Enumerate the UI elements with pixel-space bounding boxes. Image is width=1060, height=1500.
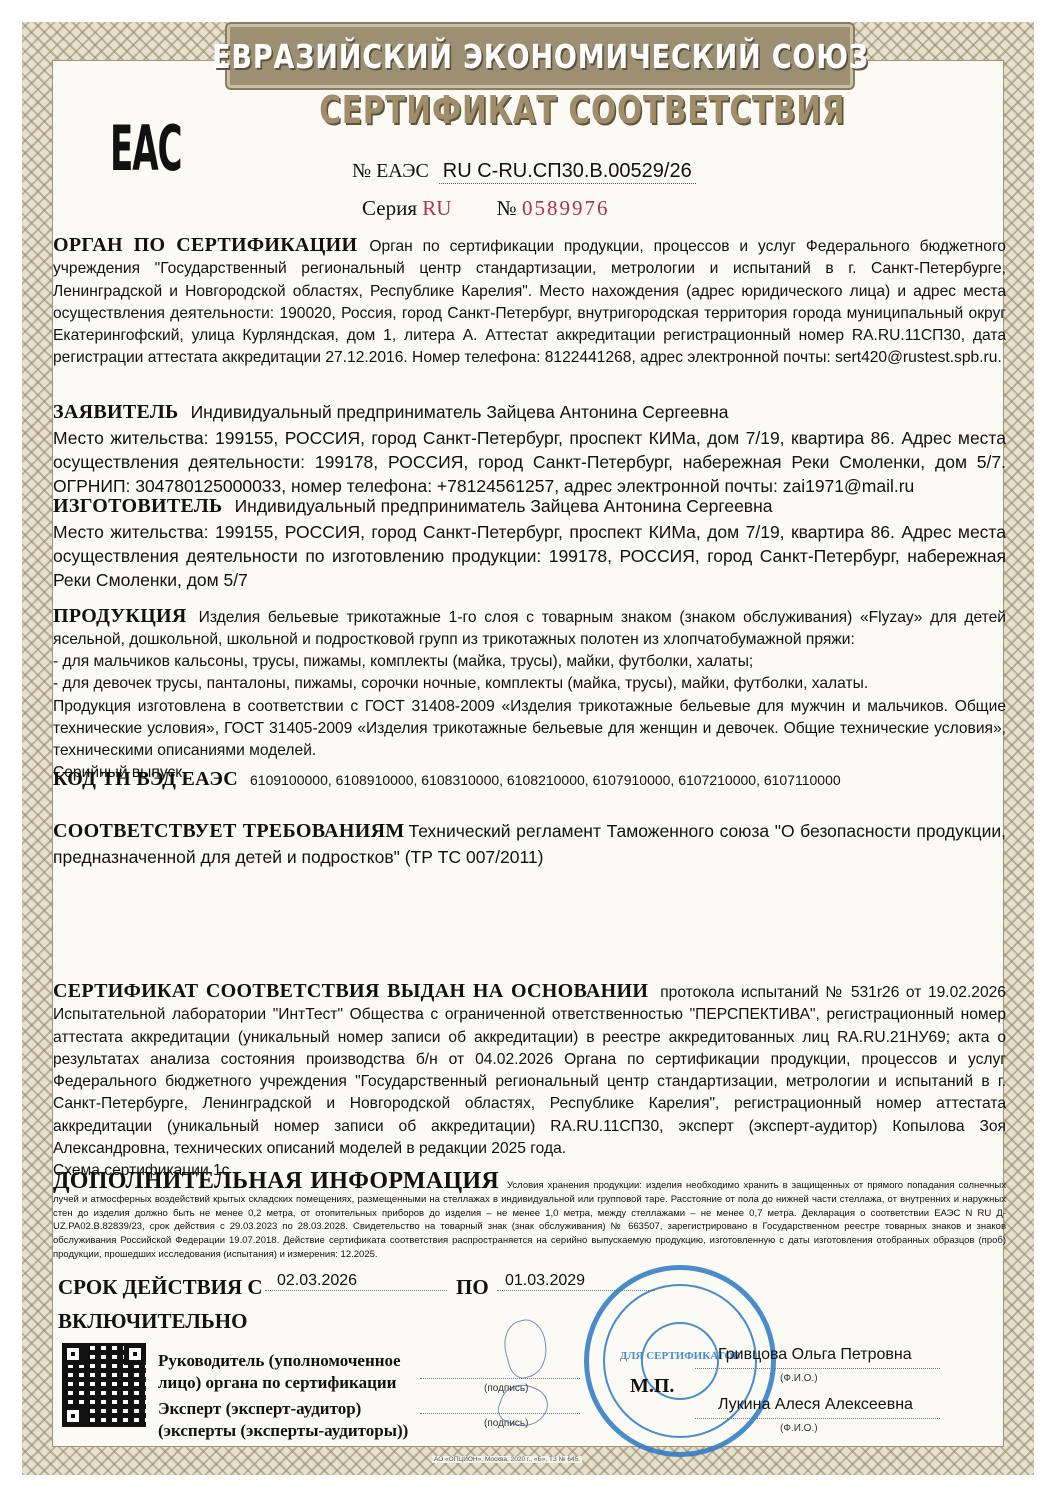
manufacturer-heading: ИЗГОТОВИТЕЛЬ: [53, 495, 223, 517]
series-line: Серия RU № 0589976: [362, 196, 609, 221]
basis-heading: СЕРТИФИКАТ СООТВЕТСТВИЯ ВЫДАН НА ОСНОВАН…: [53, 980, 648, 1002]
additional-heading: ДОПОЛНИТЕЛЬНАЯ ИНФОРМАЦИЯ: [53, 1168, 499, 1194]
section-additional: ДОПОЛНИТЕЛЬНАЯ ИНФОРМАЦИЯУсловия хранени…: [53, 1175, 1006, 1262]
valid-from-date: 02.03.2026: [265, 1272, 447, 1291]
series-label: Серия: [362, 196, 417, 220]
organ-text: Орган по сертификации продукции, процесс…: [53, 238, 1006, 366]
organ-heading: ОРГАН ПО СЕРТИФИКАЦИИ: [53, 234, 357, 256]
expert-label: Эксперт (эксперт-аудитор) (эксперты (экс…: [158, 1398, 408, 1442]
certificate-number: № ЕАЭСRU C-RU.СП30.В.00529/26: [352, 160, 696, 184]
head-name: Гривцова Ольга Петровна: [718, 1346, 912, 1364]
valid-to-label: ПО: [456, 1270, 489, 1304]
valid-from-label: СРОК ДЕЙСТВИЯ С: [58, 1275, 263, 1299]
union-title: ЕВРАЗИЙСКИЙ ЭКОНОМИЧЕСКИЙ СОЮЗ: [212, 37, 869, 76]
applicant-name: Индивидуальный предприниматель Зайцева А…: [191, 402, 729, 422]
product-line: Изделия бельевые трикотажные 1-го слоя с…: [53, 609, 1006, 648]
tnved-heading: КОД ТН ВЭД ЕАЭС: [53, 768, 238, 790]
tnved-codes: 6109100000, 6108910000, 6108310000, 6108…: [250, 772, 841, 788]
printer-note: АО «ОПЦИОН», Москва, 2020 г., «Б», ТЗ № …: [432, 1456, 582, 1463]
requirements-heading: СООТВЕТСТВУЕТ ТРЕБОВАНИЯМ: [53, 820, 405, 842]
product-line: - для мальчиков кальсоны, трусы, пижамы,…: [53, 651, 1006, 673]
section-organ: ОРГАН ПО СЕРТИФИКАЦИИОрган по сертификац…: [53, 234, 1006, 370]
section-basis: СЕРТИФИКАТ СООТВЕТСТВИЯ ВЫДАН НА ОСНОВАН…: [53, 980, 1006, 1183]
product-heading: ПРОДУКЦИЯ: [53, 605, 187, 627]
section-manufacturer: ИЗГОТОВИТЕЛЬИндивидуальный предпринимате…: [53, 492, 1006, 592]
number-label: № ЕАЭС: [352, 160, 429, 182]
series-value: RU: [422, 196, 451, 220]
expert-name: Лукина Алеся Алексеевна: [718, 1396, 913, 1414]
expert-label-line: Эксперт (эксперт-аудитор): [158, 1398, 408, 1420]
eac-logo: ЕАС: [110, 112, 181, 185]
applicant-text: Место жительства: 199155, РОССИЯ, город …: [53, 426, 1006, 498]
section-requirements: СООТВЕТСТВУЕТ ТРЕБОВАНИЯМТехнический рег…: [53, 818, 1006, 870]
union-banner: ЕВРАЗИЙСКИЙ ЭКОНОМИЧЕСКИЙ СОЮЗ: [227, 24, 853, 88]
expert-name-line: [695, 1418, 940, 1419]
expert-label-line: (эксперты (эксперты-аудиторы)): [158, 1420, 408, 1442]
section-product: ПРОДУКЦИЯИзделия бельевые трикотажные 1-…: [53, 605, 1006, 785]
fio-caption: (Ф.И.О.): [780, 1373, 818, 1384]
manufacturer-name: Индивидуальный предприниматель Зайцева А…: [235, 496, 773, 516]
section-tnved: КОД ТН ВЭД ЕАЭС6109100000, 6108910000, 6…: [53, 768, 1006, 792]
section-applicant: ЗАЯВИТЕЛЬИндивидуальный предприниматель …: [53, 398, 1006, 498]
manufacturer-text: Место жительства: 199155, РОССИЯ, город …: [53, 520, 1006, 592]
head-label: Руководитель (уполномоченное лицо) орган…: [158, 1350, 401, 1394]
head-name-line: [695, 1368, 940, 1369]
qr-code[interactable]: [62, 1343, 146, 1427]
blank-no-value: 0589976: [522, 196, 610, 220]
basis-text: протокола испытаний № 531r26 от 19.02.20…: [53, 984, 1006, 1157]
product-line: - для девочек трусы, панталоны, пижамы, …: [53, 673, 1006, 695]
validity-block: СРОК ДЕЙСТВИЯ С ВКЛЮЧИТЕЛЬНО: [58, 1270, 263, 1338]
head-label-line: лицо) органа по сертификации: [158, 1372, 401, 1394]
head-signature-line: [420, 1378, 580, 1379]
inclusive-label: ВКЛЮЧИТЕЛЬНО: [58, 1309, 247, 1333]
number-value: RU C-RU.СП30.В.00529/26: [439, 160, 696, 184]
head-label-line: Руководитель (уполномоченное: [158, 1350, 401, 1372]
fio-caption: (Ф.И.О.): [780, 1423, 818, 1434]
seal-mark: М.П.: [630, 1375, 674, 1398]
product-line: Продукция изготовлена в соответствии с Г…: [53, 696, 1006, 763]
certificate-title: СЕРТИФИКАТ СООТВЕТСТВИЯ: [319, 88, 725, 132]
blank-no-label: №: [497, 196, 517, 220]
applicant-heading: ЗАЯВИТЕЛЬ: [53, 401, 179, 423]
